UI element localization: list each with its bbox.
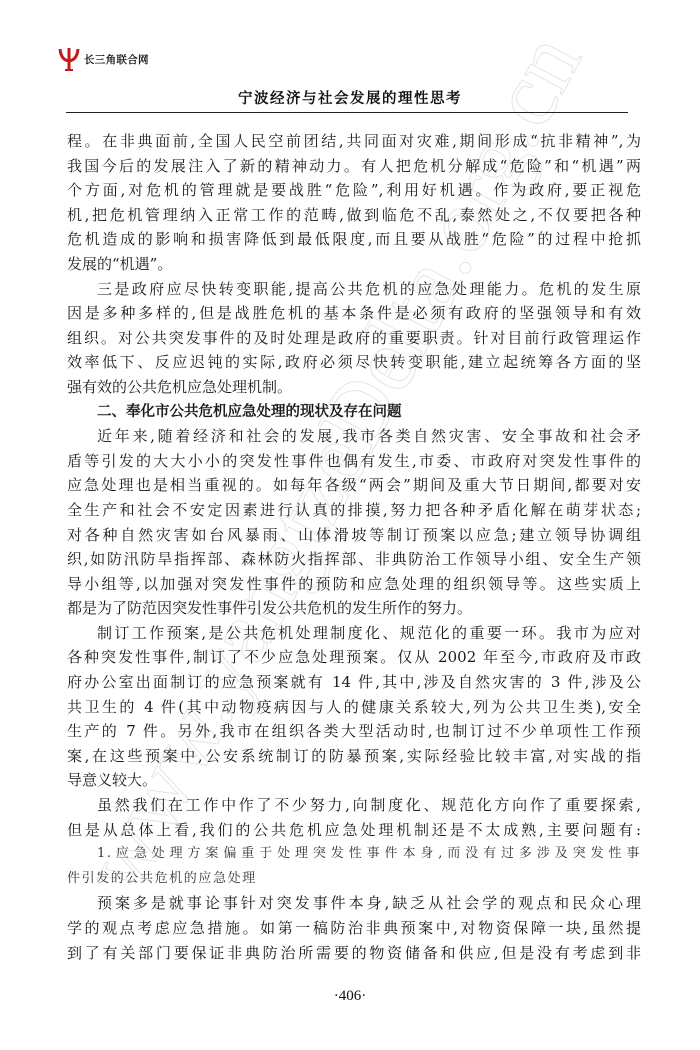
text-line: 因是多种多样的,但是战胜危机的基本条件是必须有政府的坚强领导和有效	[67, 301, 641, 326]
text-line: 近年来,随着经济和社会的发展,我市各类自然灾害、安全事故和社会矛	[67, 424, 641, 449]
text-line: 件引发的公共危机的应急处理	[67, 867, 641, 892]
text-line: 共卫生的 4 件(其中动物疫病因与人的健康关系较大,列为公共卫生类),安全	[67, 695, 641, 720]
text-line: 机,把危机管理纳入正常工作的范畴,做到临危不乱,泰然处之,不仅要把各种	[67, 203, 641, 228]
text-line: 1.应急处理方案偏重于处理突发性事件本身,而没有过多涉及突发性事	[67, 842, 641, 867]
text-line: 导小组等,以加强对突发性事件的预防和应急处理的组织领导等。这些实质上	[67, 572, 641, 597]
text-line: 但是从总体上看,我们的公共危机应急处理机制还是不太成熟,主要问题有:	[67, 818, 641, 843]
text-line: 应急处理也是相当重视的。如每年各级“两会”期间及重大节日期间,都要对安	[67, 473, 641, 498]
running-title: 宁波经济与社会发展的理性思考	[0, 87, 700, 108]
text-line: 三是政府应尽快转变职能,提高公共危机的应急处理能力。危机的发生原	[67, 277, 641, 302]
text-line: 织,如防汛防旱指挥部、森林防火指挥部、非典防治工作领导小组、安全生产领	[67, 547, 641, 572]
logo-text: 长三角联合网	[84, 52, 149, 67]
text-line: 到了有关部门要保证非典防治所需要的物资储备和供应,但是没有考虑到非	[67, 941, 641, 966]
text-line: 效率低下、反应迟钝的实际,政府必须尽快转变职能,建立起统筹各方面的坚	[67, 350, 641, 375]
text-line: 学的观点考虑应急措施。如第一稿防治非典预案中,对物资保障一块,虽然提	[67, 916, 641, 941]
section-heading: 二、奉化市公共危机应急处理的现状及存在问题	[67, 400, 641, 425]
text-line: 危机造成的影响和损害降低到最低限度,而且要从战胜“危险”的过程中抢抓	[67, 227, 641, 252]
psi-logo-icon	[58, 46, 80, 72]
text-line: 强有效的公共危机应急处理机制。	[67, 375, 641, 400]
text-line: 盾等引发的大大小小的突发性事件也偶有发生,市委、市政府对突发性事件的	[67, 449, 641, 474]
text-line: 府办公室出面制订的应急预案就有 14 件,其中,涉及自然灾害的 3 件,涉及公	[67, 670, 641, 695]
text-line: 个方面,对危机的管理就是要战胜“危险”,利用好机遇。作为政府,要正视危	[67, 178, 641, 203]
text-line: 发展的“机遇”。	[67, 252, 641, 277]
text-line: 案,在这些预案中,公安系统制订的防暴预案,实际经验比较丰富,对实战的指	[67, 744, 641, 769]
text-line: 各种突发性事件,制订了不少应急处理预案。仅从 2002 年至今,市政府及市政	[67, 645, 641, 670]
header-rule	[66, 112, 628, 113]
text-line: 虽然我们在工作中作了不少努力,向制度化、规范化方向作了重要探索,	[67, 793, 641, 818]
site-logo: 长三角联合网	[58, 46, 149, 72]
text-line: 对各种自然灾害如台风暴雨、山体滑坡等制订预案以应急;建立领导协调组	[67, 523, 641, 548]
text-line: 程。在非典面前,全国人民空前团结,共同面对灾难,期间形成“抗非精神”,为	[67, 129, 641, 154]
text-line: 生产的 7 件。另外,我市在组织各类大型活动时,也制订过不少单项性工作预	[67, 719, 641, 744]
text-line: 导意义较大。	[67, 768, 641, 793]
text-line: 组织。对公共突发事件的及时处理是政府的重要职责。针对目前行政管理运作	[67, 326, 641, 351]
text-line: 都是为了防范因突发性事件引发公共危机的发生所作的努力。	[67, 596, 641, 621]
body-text: 程。在非典面前,全国人民空前团结,共同面对灾难,期间形成“抗非精神”,为我国今后…	[67, 129, 641, 965]
text-line: 制订工作预案,是公共危机处理制度化、规范化的重要一环。我市为应对	[67, 621, 641, 646]
text-line: 全生产和社会不安定因素进行认真的排摸,努力把各种矛盾化解在萌芽状态;	[67, 498, 641, 523]
text-line: 我国今后的发展注入了新的精神动力。有人把危机分解成“危险”和“机遇”两	[67, 154, 641, 179]
text-line: 预案多是就事论事针对突发事件本身,缺乏从社会学的观点和民众心理	[67, 891, 641, 916]
page-number: ·406·	[0, 988, 700, 1005]
